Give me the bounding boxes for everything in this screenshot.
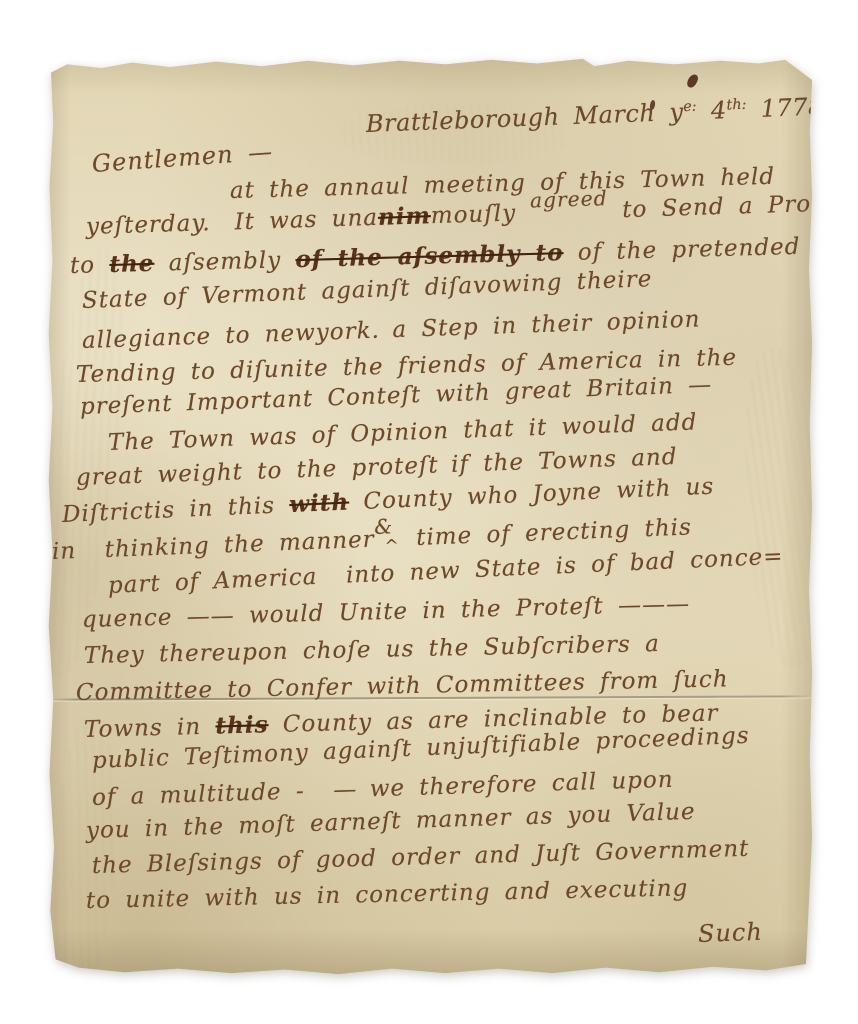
letter-line-line-17: Committee to Confer with Committees from… — [76, 666, 729, 706]
text-segment: aſsembly — [154, 247, 296, 277]
letter-line-dateline: Brattleborough March ye: 4th: 1778 — [365, 92, 824, 138]
text-segment-st: with — [289, 488, 350, 518]
letter-line-line-16: They thereupon choſe us the Subſcribers … — [84, 631, 660, 669]
photo-background: Brattleborough March ye: 4th: 1778Gentle… — [0, 0, 858, 1024]
text-segment-st: the — [109, 250, 155, 278]
text-segment-caret: ^ — [384, 536, 400, 556]
text-segment: 1778 — [746, 92, 824, 123]
text-segment: the Bleſsings of good order and Juſt Gov… — [92, 836, 750, 879]
text-segment: Gentlemen — — [91, 137, 274, 178]
text-segment-sup: e: — [683, 99, 697, 116]
text-segment-ins: agreed — [530, 186, 608, 212]
letter-lines: Brattleborough March ye: 4th: 1778Gentle… — [48, 58, 812, 975]
text-segment: Diſtrictis in this — [61, 492, 289, 528]
text-segment: Brattleborough March y — [365, 98, 684, 138]
letter-line-line-23: to unite with us in concerting and execu… — [86, 875, 689, 914]
text-segment: Towns in — [84, 714, 216, 743]
text-segment-st: this — [215, 711, 269, 739]
text-segment: They thereupon choſe us the Subſcribers … — [84, 631, 660, 669]
text-segment: yeſterday. It was una — [86, 205, 379, 240]
text-segment: Committee to Confer with Committees from… — [76, 666, 729, 706]
text-segment: 4 — [696, 96, 727, 125]
aged-paper: Brattleborough March ye: 4th: 1778Gentle… — [48, 58, 812, 975]
letter-line-catchword: Such — [698, 918, 764, 948]
letter-line-line-15: quence —— would Unite in the Proteſt ——— — [82, 591, 691, 633]
letter-line-salutation: Gentlemen — — [91, 137, 274, 178]
text-segment-st: of the aſsembly to — [295, 239, 564, 273]
text-segment: of the pretended — [563, 234, 801, 266]
text-segment-st: nim — [378, 202, 432, 231]
text-segment: to — [70, 252, 110, 279]
text-segment: to unite with us in concerting and execu… — [86, 875, 689, 914]
letter-line-line-5: to the aſsembly of the aſsembly to of th… — [70, 233, 801, 279]
text-segment: in thinking the manner — [52, 527, 376, 565]
text-segment-sup: th: — [726, 97, 747, 114]
text-segment: time of erecting this — [401, 514, 692, 551]
text-segment: mouſly — [430, 200, 530, 229]
letter-line-line-22: the Bleſsings of good order and Juſt Gov… — [92, 836, 750, 879]
text-segment: County who Joyne with us — [349, 474, 715, 516]
manuscript-letter: Brattleborough March ye: 4th: 1778Gentle… — [48, 58, 812, 975]
text-segment: allegiance to newyork. a Step in their o… — [82, 306, 701, 354]
letter-line-line-7: allegiance to newyork. a Step in their o… — [82, 306, 701, 354]
text-segment: Such — [698, 918, 764, 948]
text-segment: quence —— would Unite in the Proteſt ——— — [82, 591, 691, 633]
text-segment: to Send a Proteſt — [608, 190, 857, 224]
